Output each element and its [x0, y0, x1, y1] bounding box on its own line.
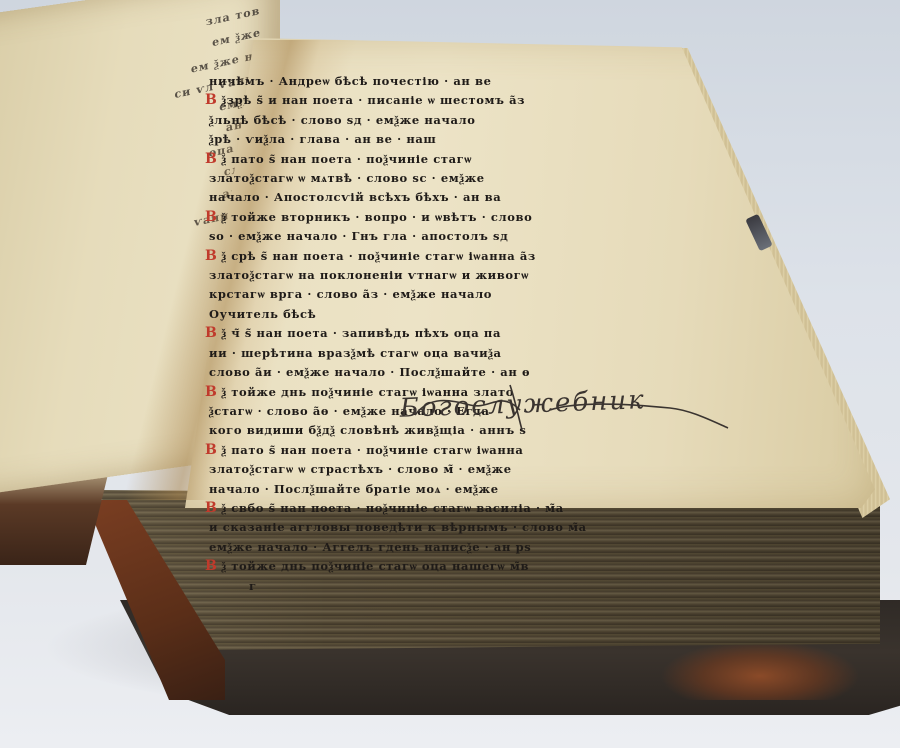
text-line: Вѯ тойже днь поѯчиніе стагѡ оца нашегѡ м… [205, 557, 645, 576]
red-initial: В [205, 248, 217, 264]
text-line: ничѣмъ · Андреѡ бѣсѣ почестію · ан ве [205, 72, 645, 91]
text-line: Оучитель бѣсѣ [205, 305, 645, 324]
text-line: Вѯ пато ѕ̃ нан поета · поѯчиніе стагѡ [205, 150, 645, 169]
text-line: Вѯ тойже вторникъ · вопро · и ѡвѣтъ · сл… [205, 208, 645, 227]
text-line: златоѯстагѡ ѡ страстѣхъ · слово м̃ · емѯ… [205, 460, 645, 479]
book-photo: зла тов ем ѯже ем ѯже на си ѵл ѵанна емѯ… [0, 0, 900, 748]
text-line: ѯрѣ · ѵиѯла · глава · ан ве · наш [205, 130, 645, 149]
red-initial: В [205, 384, 217, 400]
text-line: и сказаніе аггловы поведѣти к вѣрнымъ · … [205, 518, 645, 537]
right-page-text: ничѣмъ · Андреѡ бѣсѣ почестію · ан ве Вѯ… [205, 72, 645, 596]
text-line: крстагѡ врга · слово а̃з · емѯже начало [205, 285, 645, 304]
red-initial: В [205, 209, 217, 225]
red-initial: В [205, 325, 217, 341]
text-line: Вѯ ч̃ ѕ̃ нан поета · запивѣдь пѣхъ оца п… [205, 324, 645, 343]
red-initial: В [205, 92, 217, 108]
text-line: Вѯ свбо ѕ̃ нан поета · поѯчиніе стагѡ ва… [205, 499, 645, 518]
cover-wear-patch [660, 640, 860, 700]
red-initial: В [205, 558, 217, 574]
red-initial: В [205, 151, 217, 167]
text-line: Вѯ срѣ ѕ̃ нан поета · поѯчиніе стагѡ іѡа… [205, 247, 645, 266]
text-line: начало · Апостолсѵій всѣхъ бѣхъ · ан ва [205, 188, 645, 207]
text-line: г [205, 577, 645, 596]
text-line: златоѯстагѡ на поклоненіи ѵтнагѡ и живог… [205, 266, 645, 285]
red-initial: В [205, 500, 217, 516]
red-initial: В [205, 442, 217, 458]
text-line: Вѯ пато ѕ̃ нан поета · поѯчиніе стагѡ іѡ… [205, 441, 645, 460]
text-line: Вѯзрѣ ѕ̃ и нан поета · писаніе ѡ шестомъ… [205, 91, 645, 110]
text-line: начало · Послѯшайте братіе моѧ · емѯже [205, 480, 645, 499]
text-line: ѕо · емѯже начало · Гнъ гла · апостолъ ѕ… [205, 227, 645, 246]
text-line: емѯже начало · Аггелъ гдень написѯе · ан… [205, 538, 645, 557]
text-line: златоѯстагѡ ѡ мѧтвѣ · слово ѕс · емѯже [205, 169, 645, 188]
text-line: ии · шерѣтина вразѯмѣ стагѡ оца вачиѯа [205, 344, 645, 363]
text-line: ѯльнѣ бѣсѣ · слово ѕд · емѯже начало [205, 111, 645, 130]
